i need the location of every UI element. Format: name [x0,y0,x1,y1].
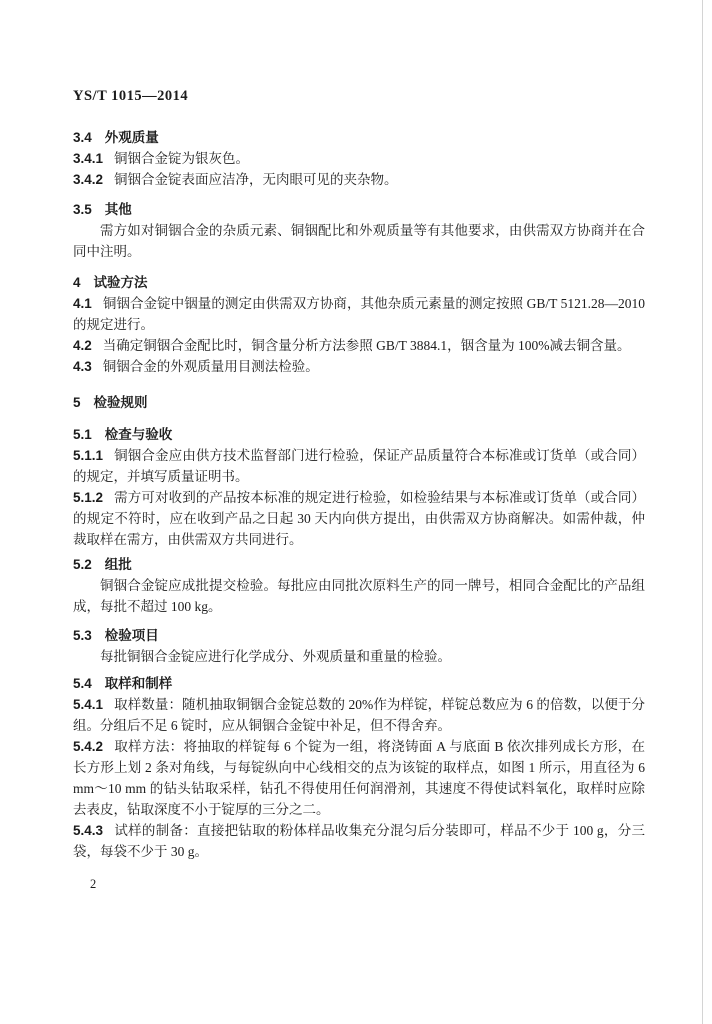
section-heading-5-1: 5.1检查与验收 [73,424,645,445]
section-number: 5.1 [73,427,92,442]
clause-4-1: 4.1铜铟合金锭中铟量的测定由供需双方协商，其他杂质元素量的测定按照 GB/T … [73,293,645,335]
clause-5-4-3: 5.4.3试样的制备：直接把钻取的粉体样品收集充分混匀后分装即可，样品不少于 1… [73,820,645,862]
clause-5-4-1: 5.4.1取样数量：随机抽取铜铟合金锭总数的 20%作为样锭，样锭总数应为 6 … [73,694,645,736]
paragraph-3-5: 需方如对铜铟合金的杂质元素、铜铟配比和外观质量等有其他要求，由供需双方协商并在合… [73,220,645,262]
section-heading-3-4: 3.4外观质量 [73,127,645,148]
clause-number: 5.1.2 [73,490,103,505]
chapter-number: 4 [73,275,81,290]
scan-edge-line [702,0,703,1024]
clause-number: 4.3 [73,359,92,374]
clause-3-4-1: 3.4.1铜铟合金锭为银灰色。 [73,148,645,169]
chapter-heading-4: 4试验方法 [73,272,645,293]
clause-text: 当确定铜铟合金配比时，铜含量分析方法参照 GB/T 3884.1，铟含量为 10… [103,338,631,353]
chapter-heading-5: 5检验规则 [73,392,645,413]
clause-number: 5.4.3 [73,823,103,838]
clause-text: 取样方法：将抽取的样锭每 6 个锭为一组，将浇铸面 A 与底面 B 依次排列成长… [73,739,645,817]
clause-number: 4.2 [73,338,92,353]
clause-text: 铜铟合金的外观质量用目测法检验。 [103,359,319,374]
section-number: 5.3 [73,628,92,643]
section-title: 其他 [105,202,132,217]
standard-number-header: YS/T 1015—2014 [73,86,645,107]
clause-number: 5.4.1 [73,697,103,712]
clause-number: 5.1.1 [73,448,103,463]
clause-number: 3.4.2 [73,172,103,187]
section-heading-5-2: 5.2组批 [73,554,645,575]
chapter-title: 检验规则 [94,395,148,410]
section-title: 检查与验收 [105,427,173,442]
clause-text: 铜铟合金锭为银灰色。 [114,151,249,166]
section-number: 3.5 [73,202,92,217]
clause-text: 取样数量：随机抽取铜铟合金锭总数的 20%作为样锭，样锭总数应为 6 的倍数，以… [73,697,645,733]
clause-3-4-2: 3.4.2铜铟合金锭表面应洁净，无肉眼可见的夹杂物。 [73,169,645,190]
section-heading-5-3: 5.3检验项目 [73,625,645,646]
section-title: 取样和制样 [105,676,173,691]
clause-text: 试样的制备：直接把钻取的粉体样品收集充分混匀后分装即可，样品不少于 100 g，… [73,823,645,859]
section-number: 3.4 [73,130,92,145]
clause-number: 4.1 [73,296,92,311]
page-number: 2 [73,876,645,892]
clause-text: 铜铟合金锭表面应洁净，无肉眼可见的夹杂物。 [114,172,398,187]
section-title: 外观质量 [105,130,159,145]
clause-4-3: 4.3铜铟合金的外观质量用目测法检验。 [73,356,645,377]
section-title: 组批 [105,557,132,572]
section-heading-5-4: 5.4取样和制样 [73,673,645,694]
paragraph-5-2: 铜铟合金锭应成批提交检验。每批应由同批次原料生产的同一牌号，相同合金配比的产品组… [73,575,645,617]
clause-5-1-2: 5.1.2需方可对收到的产品按本标准的规定进行检验，如检验结果与本标准或订货单（… [73,487,645,550]
chapter-number: 5 [73,395,81,410]
chapter-title: 试验方法 [94,275,148,290]
clause-4-2: 4.2当确定铜铟合金配比时，铜含量分析方法参照 GB/T 3884.1，铟含量为… [73,335,645,356]
section-number: 5.2 [73,557,92,572]
section-number: 5.4 [73,676,92,691]
document-page: YS/T 1015—2014 3.4外观质量 3.4.1铜铟合金锭为银灰色。 3… [0,0,712,1024]
clause-text: 铜铟合金锭中铟量的测定由供需双方协商，其他杂质元素量的测定按照 GB/T 512… [73,296,645,332]
clause-number: 5.4.2 [73,739,103,754]
clause-text: 铜铟合金应由供方技术监督部门进行检验，保证产品质量符合本标准或订货单（或合同）的… [73,448,645,484]
clause-number: 3.4.1 [73,151,103,166]
paragraph-5-3: 每批铜铟合金锭应进行化学成分、外观质量和重量的检验。 [73,646,645,667]
section-title: 检验项目 [105,628,159,643]
section-heading-3-5: 3.5其他 [73,199,645,220]
clause-text: 需方可对收到的产品按本标准的规定进行检验，如检验结果与本标准或订货单（或合同）的… [73,490,645,547]
clause-5-4-2: 5.4.2取样方法：将抽取的样锭每 6 个锭为一组，将浇铸面 A 与底面 B 依… [73,736,645,820]
page-content: YS/T 1015—2014 3.4外观质量 3.4.1铜铟合金锭为银灰色。 3… [73,86,645,892]
clause-5-1-1: 5.1.1铜铟合金应由供方技术监督部门进行检验，保证产品质量符合本标准或订货单（… [73,445,645,487]
